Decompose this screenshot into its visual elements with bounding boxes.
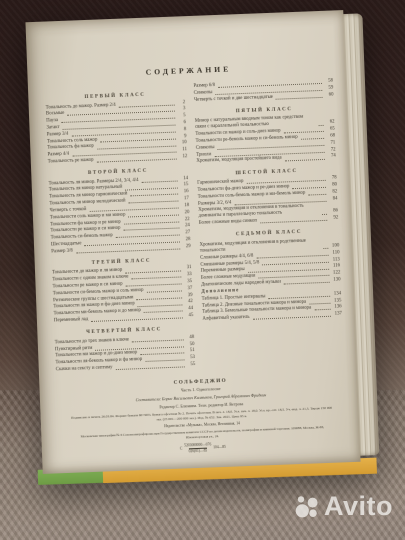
toc-item-label: Переменный лад	[54, 317, 89, 324]
toc-item-page: 135	[332, 298, 341, 304]
toc-item-label: Шестнадцатые	[51, 241, 82, 248]
book: СОДЕРЖАНИЕ ПЕРВЫЙ КЛАССТональность до ма…	[25, 10, 360, 474]
toc-item-page: 39	[183, 293, 192, 299]
contents-page: СОДЕРЖАНИЕ ПЕРВЫЙ КЛАССТональность до ма…	[25, 10, 360, 474]
toc-item-page: 35	[183, 279, 192, 285]
toc-item-label: Более сложные виды синкоп	[199, 219, 257, 227]
catalog-fraction: 5203000000—076 026(01)—85	[184, 443, 211, 454]
toc-item-page: 92	[329, 216, 338, 222]
toc-item-page: 10	[178, 141, 187, 147]
toc-item-page: 65	[326, 127, 335, 133]
dot-leader	[285, 158, 325, 161]
toc-item-page: 28	[181, 237, 190, 243]
catalog-prefix: С	[180, 447, 183, 451]
toc-item-page: 58	[324, 79, 333, 85]
toc-item-page: 31	[182, 265, 191, 271]
toc-item-label: Пауза	[46, 118, 58, 125]
page-content: СОДЕРЖАНИЕ ПЕРВЫЙ КЛАССТональность до ма…	[25, 10, 360, 459]
dot-leader	[276, 97, 323, 100]
toc-item-page: 48	[185, 335, 194, 341]
toc-item-page: 80	[328, 182, 337, 188]
dot-leader	[260, 220, 327, 224]
toc-item-page: 42	[184, 299, 193, 305]
dot-leader	[314, 309, 331, 311]
toc-item-page: 45	[184, 313, 193, 319]
dot-leader	[76, 248, 180, 253]
toc-item-label: Скачки на сексту и септиму	[56, 365, 113, 373]
toc-item-page: 3	[176, 107, 185, 113]
toc-item-page: 12	[178, 154, 187, 160]
toc-item-page: 68	[326, 133, 335, 139]
toc-item-label: Восьмые	[46, 111, 65, 118]
toc-item-page: 100	[330, 243, 339, 249]
dot-leader	[322, 213, 327, 214]
toc-column-right: Размер 6/858Синкопы59Четверть с точкой и…	[193, 79, 343, 369]
toc-item-label: Синкопы	[194, 90, 213, 97]
toc-item-page: 44	[184, 306, 193, 312]
toc-item-page: 136	[333, 305, 342, 311]
dot-leader	[116, 366, 185, 370]
dot-leader	[309, 302, 330, 304]
toc-item-label: Размер 3/8	[51, 248, 73, 255]
toc-column-left: ПЕРВЫЙ КЛАССТональность до мажор. Размер…	[45, 84, 195, 374]
toc-columns: ПЕРВЫЙ КЛАССТональность до мажор. Размер…	[45, 79, 344, 375]
toc-item-page: 20	[180, 210, 189, 216]
toc-item-page: 86	[329, 209, 338, 215]
catalog-suffix: 104—85	[213, 445, 226, 449]
toc-item-page: 33	[183, 272, 192, 278]
toc-item-page: 2	[176, 100, 185, 106]
toc-item-label: Тональность ре мажор	[48, 158, 94, 166]
toc-item-page: 116	[331, 264, 340, 270]
toc-item-page: 51	[186, 348, 195, 354]
toc-item-page: 6	[177, 120, 186, 126]
toc-item-page: 11	[178, 147, 187, 153]
toc-item-page: 59	[324, 85, 333, 91]
avito-logo-icon	[295, 495, 319, 519]
imprint-block: СОЛЬФЕДЖИО Часть 1. Одноголосие Составит…	[68, 373, 336, 458]
toc-item-page: 137	[333, 311, 342, 317]
toc-item-page: 78	[328, 176, 337, 182]
toc-item-page: 50	[185, 342, 194, 348]
toc-item-page: 37	[183, 286, 192, 292]
toc-item-page: 82	[328, 189, 337, 195]
avito-watermark: Avito	[295, 491, 393, 522]
toc-item-page: 22	[181, 217, 190, 223]
toc-item-page: 62	[325, 120, 334, 126]
toc-item-page: 84	[328, 196, 337, 202]
toc-item-page: 113	[331, 257, 340, 263]
toc-item-page: 71	[326, 140, 335, 146]
dot-leader	[91, 318, 182, 322]
toc-item-page: 8	[177, 127, 186, 133]
toc-item-page: 130	[331, 277, 340, 283]
toc-item-page: 72	[326, 147, 335, 153]
toc-item-page: 5	[177, 113, 186, 119]
dot-leader	[323, 248, 328, 249]
dot-leader	[253, 316, 331, 320]
toc-item-page: 53	[186, 355, 195, 361]
toc-item-label: Затакт	[46, 125, 59, 132]
toc-item-label: Синкопы	[196, 145, 215, 152]
catalog-denominator: 026(01)—85	[189, 447, 208, 453]
avito-watermark-label: Avito	[324, 491, 393, 522]
toc-item-page: 9	[177, 134, 186, 140]
toc-item-label: Триоли	[196, 152, 211, 159]
toc-item-page: 17	[180, 196, 189, 202]
toc-item-page: 55	[186, 362, 195, 368]
toc-item-page: 29	[182, 244, 191, 250]
toc-item-page: 18	[180, 203, 189, 209]
dot-leader	[97, 159, 177, 163]
toc-item-page: 134	[332, 291, 341, 297]
toc-item-label: Алфавитный указатель	[202, 315, 249, 323]
toc-item-page: 27	[181, 230, 190, 236]
toc-item-page: 16	[179, 189, 188, 195]
toc-item-page: 15	[179, 183, 188, 189]
toc-item-page: 24	[181, 223, 190, 229]
toc-item-page: 110	[330, 250, 339, 256]
page-title: СОДЕРЖАНИЕ	[44, 61, 332, 81]
toc-item-page: 14	[179, 176, 188, 182]
dot-leader	[319, 124, 324, 125]
toc-item-page: 74	[327, 154, 336, 160]
toc-item-page: 60	[324, 92, 333, 98]
dot-leader	[308, 194, 326, 196]
toc-item-page: 122	[331, 271, 340, 277]
dot-leader	[301, 138, 324, 140]
